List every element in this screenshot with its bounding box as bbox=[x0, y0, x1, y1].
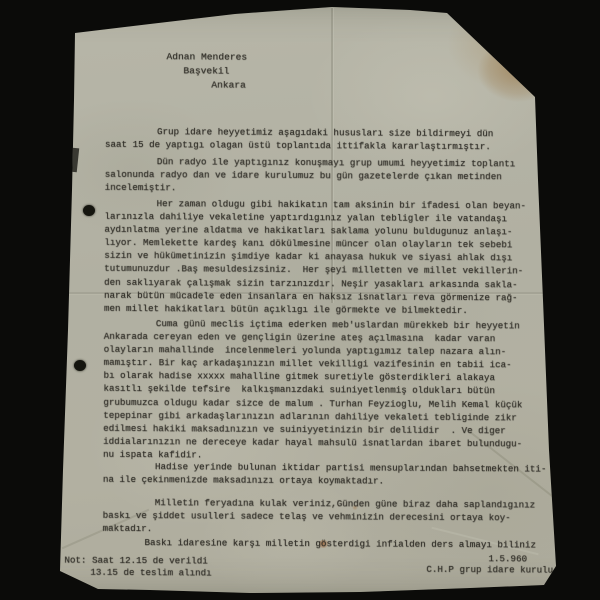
recipient-name: Adnan Menderes bbox=[166, 50, 247, 64]
delivery-note-line1: Not: Saat 12.15 de verildi bbox=[64, 555, 207, 568]
paragraph-accusations: Her zaman oldugu gibi hakikatın tam aksi… bbox=[104, 197, 565, 318]
typewritten-text: Adnan Menderes Başvekil Ankara Grup idar… bbox=[0, 0, 600, 600]
paragraph-decision: Grup idare heyyetimiz aşagıdaki hususlar… bbox=[105, 125, 565, 154]
paragraph-appeal: Milletin feryadına kulak veriniz,Günden … bbox=[103, 496, 563, 538]
signature-line: C.H.P grup idare kurulu bbox=[426, 564, 553, 577]
typewritten-letter-paper: Adnan Menderes Başvekil Ankara Grup idar… bbox=[0, 0, 600, 600]
recipient-title: Başvekil bbox=[183, 64, 229, 78]
recipient-city: Ankara bbox=[211, 78, 246, 92]
paragraph-delegation: Cuma günü meclis içtima ederken meb'usla… bbox=[103, 317, 564, 464]
document-photo: Adnan Menderes Başvekil Ankara Grup idar… bbox=[0, 0, 600, 600]
paragraph-radio-speech: Dün radyo ile yaptıgınız konuşmayı grup … bbox=[105, 155, 565, 197]
paragraph-omission: Hadise yerinde bulunan iktidar partisi m… bbox=[103, 460, 563, 489]
delivery-note-line2: 13.15 de teslim alındı bbox=[90, 567, 211, 580]
paragraph-warning: Baskı idaresine karşı milletin gösterdig… bbox=[144, 536, 600, 552]
